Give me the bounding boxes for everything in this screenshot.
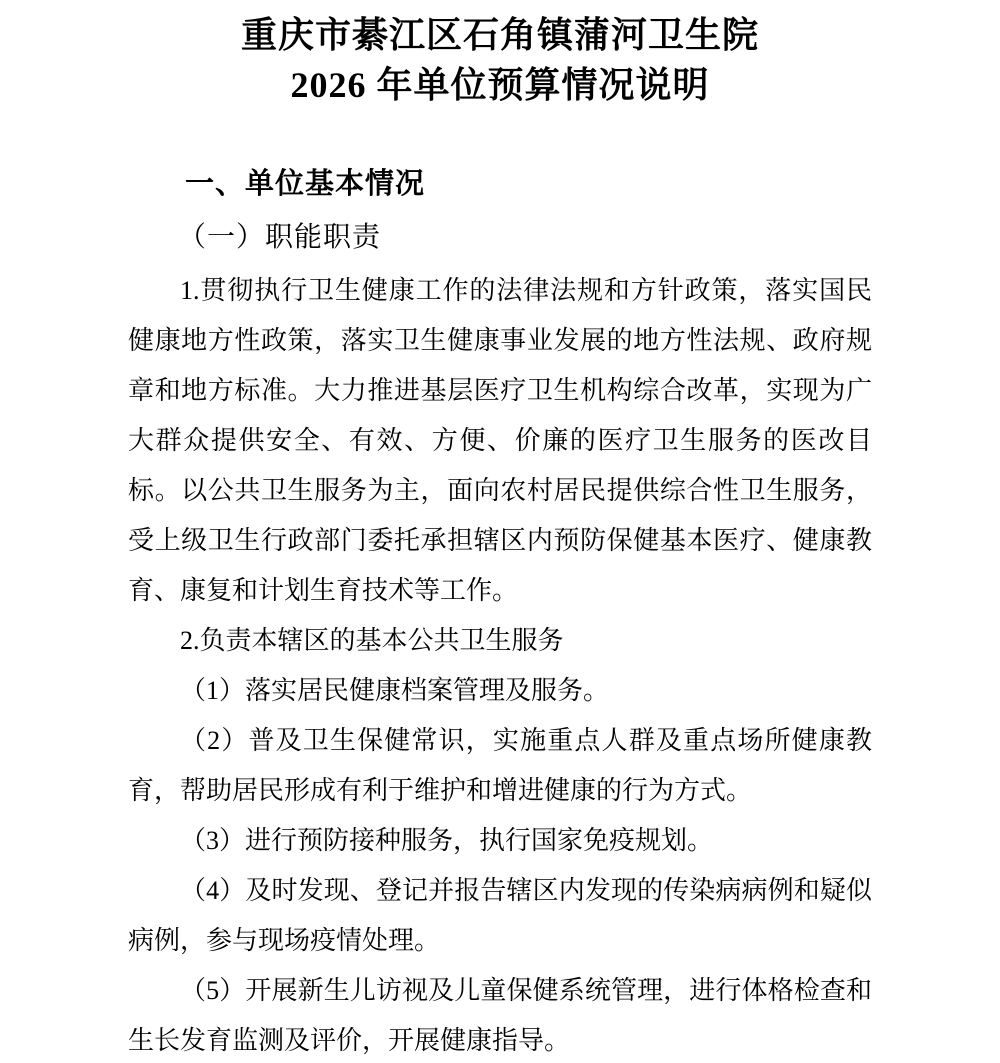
- paragraph-public-health-services: 2.负责本辖区的基本公共卫生服务: [128, 616, 872, 666]
- document-title: 重庆市綦江区石角镇蒲河卫生院 2026 年单位预算情况说明: [128, 10, 872, 110]
- document-title-line-1: 重庆市綦江区石角镇蒲河卫生院: [128, 10, 872, 60]
- paragraph-item-3-vaccination: （3）进行预防接种服务，执行国家免疫规划。: [128, 816, 872, 866]
- document-page: 重庆市綦江区石角镇蒲河卫生院 2026 年单位预算情况说明 一、单位基本情况 （…: [0, 0, 1000, 1063]
- paragraph-functions-overview: 1.贯彻执行卫生健康工作的法律法规和方针政策，落实国民健康地方性政策，落实卫生健…: [128, 266, 872, 616]
- paragraph-item-1-health-records: （1）落实居民健康档案管理及服务。: [128, 666, 872, 716]
- document-title-line-2: 2026 年单位预算情况说明: [128, 60, 872, 110]
- section-heading-basic-info: 一、单位基本情况: [128, 164, 872, 204]
- paragraph-item-2-health-education: （2）普及卫生保健常识，实施重点人群及重点场所健康教育，帮助居民形成有利于维护和…: [128, 716, 872, 816]
- paragraph-item-4-infectious-disease: （4）及时发现、登记并报告辖区内发现的传染病病例和疑似病例，参与现场疫情处理。: [128, 866, 872, 966]
- paragraph-item-5-newborn-care: （5）开展新生儿访视及儿童保健系统管理，进行体格检查和生长发育监测及评价，开展健…: [128, 966, 872, 1063]
- subsection-heading-functions: （一）职能职责: [128, 218, 872, 258]
- document-body: 1.贯彻执行卫生健康工作的法律法规和方针政策，落实国民健康地方性政策，落实卫生健…: [128, 266, 872, 1063]
